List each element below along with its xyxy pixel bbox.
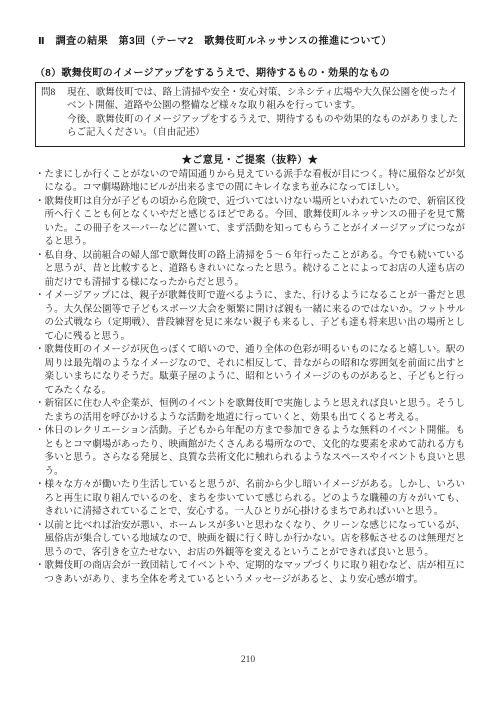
section-heading: （8）歌舞伎町のイメージアップをするうえで、期待するもの・効果的なもの <box>35 64 465 79</box>
document-header: Ⅱ 調査の結果 第3回（テーマ2 歌舞伎町ルネッサンスの推進について） <box>38 32 465 47</box>
bullet-marker: ・ <box>35 250 45 264</box>
question-label: 問8 <box>41 87 67 100</box>
opinion-item: ・ 以前と比べれば治安が悪い、ホームレスが多いと思わなくなり、クリーンな感じにな… <box>35 520 465 561</box>
bullet-marker: ・ <box>35 196 45 210</box>
opinion-item: ・ たまにしか行くことがないので靖国通りから見えている派手な看板が目につく。特に… <box>35 169 465 196</box>
bullet-marker: ・ <box>35 398 45 412</box>
bullet-marker: ・ <box>35 290 45 304</box>
opinion-text: 様々な方々が働いたり生活していると思うが、名前から少し暗いイメージがある。しかし… <box>45 479 465 520</box>
opinion-item: ・ イメージアップには、親子が歌舞伎町で遊べるように、また、行けるようになること… <box>35 290 465 344</box>
opinion-text: 歌舞伎町は自分が子どもの頃から危険で、近づいてはいけない場所といわれていたので、… <box>45 196 465 250</box>
opinion-item: ・ 歌舞伎町のイメージが灰色っぽくて暗いので、通り全体の色彩が明るいものになると… <box>35 344 465 398</box>
opinion-item: ・ 新宿区に住む人や企業が、恒例のイベントを歌舞伎町で実施しようと思えれば良いと… <box>35 398 465 425</box>
opinion-item: ・ 様々な方々が働いたり生活していると思うが、名前から少し暗いイメージがある。し… <box>35 479 465 520</box>
opinion-item: ・ 私自身、以前組合の婦人部で歌舞伎町の路上清掃を５～６年行ったことがある。今で… <box>35 250 465 291</box>
bullet-marker: ・ <box>35 425 45 439</box>
opinion-text: 新宿区に住む人や企業が、恒例のイベントを歌舞伎町で実施しようと思えれば良いと思う… <box>45 398 465 425</box>
bullet-marker: ・ <box>35 560 45 574</box>
question-body: 現在、歌舞伎町では、路上清掃や安全・安心対策、シネシティ広場や大久保公園を使った… <box>67 87 458 141</box>
opinions-heading: ★ご意見・ご提案（抜粋）★ <box>35 151 465 166</box>
bullet-marker: ・ <box>35 344 45 358</box>
opinion-text: 歌舞伎町のイメージが灰色っぽくて暗いので、通り全体の色彩が明るいものになると嬉し… <box>45 344 465 398</box>
bullet-marker: ・ <box>35 169 45 183</box>
opinion-item: ・ 歌舞伎町の商店会が一致団結してイベントや、定期的なマップづくりに取り組むなど… <box>35 560 465 587</box>
opinion-text: 以前と比べれば治安が悪い、ホームレスが多いと思わなくなり、クリーンな感じになって… <box>45 520 465 561</box>
opinion-item: ・ 歌舞伎町は自分が子どもの頃から危険で、近づいてはいけない場所といわれていたの… <box>35 196 465 250</box>
question-box: 問8 現在、歌舞伎町では、路上清掃や安全・安心対策、シネシティ広場や大久保公園を… <box>35 82 465 147</box>
opinion-text: 歌舞伎町の商店会が一致団結してイベントや、定期的なマップづくりに取り組むなど、店… <box>45 560 465 587</box>
opinion-text: 私自身、以前組合の婦人部で歌舞伎町の路上清掃を５～６年行ったことがある。今でも続… <box>45 250 465 291</box>
bullet-marker: ・ <box>35 479 45 493</box>
opinion-list: ・ たまにしか行くことがないので靖国通りから見えている派手な看板が目につく。特に… <box>35 169 465 588</box>
opinion-text: イメージアップには、親子が歌舞伎町で遊べるように、また、行けるようになることが一… <box>45 290 465 344</box>
page-number: 210 <box>0 655 496 665</box>
opinion-item: ・ 休日のレクリエーション活動。子どもから年配の方まで参加できるような無料のイベ… <box>35 425 465 479</box>
opinion-text: 休日のレクリエーション活動。子どもから年配の方まで参加できるような無料のイベント… <box>45 425 465 479</box>
opinion-text: たまにしか行くことがないので靖国通りから見えている派手な看板が目につく。特に風俗… <box>45 169 465 196</box>
bullet-marker: ・ <box>35 520 45 534</box>
question-paragraph-1: 現在、歌舞伎町では、路上清掃や安全・安心対策、シネシティ広場や大久保公園を使った… <box>67 87 458 114</box>
question-paragraph-2: 今後、歌舞伎町のイメージアップをするうえで、期待するものや効果的なものがありまし… <box>67 114 458 141</box>
document-page: Ⅱ 調査の結果 第3回（テーマ2 歌舞伎町ルネッサンスの推進について） （8）歌… <box>0 0 496 702</box>
